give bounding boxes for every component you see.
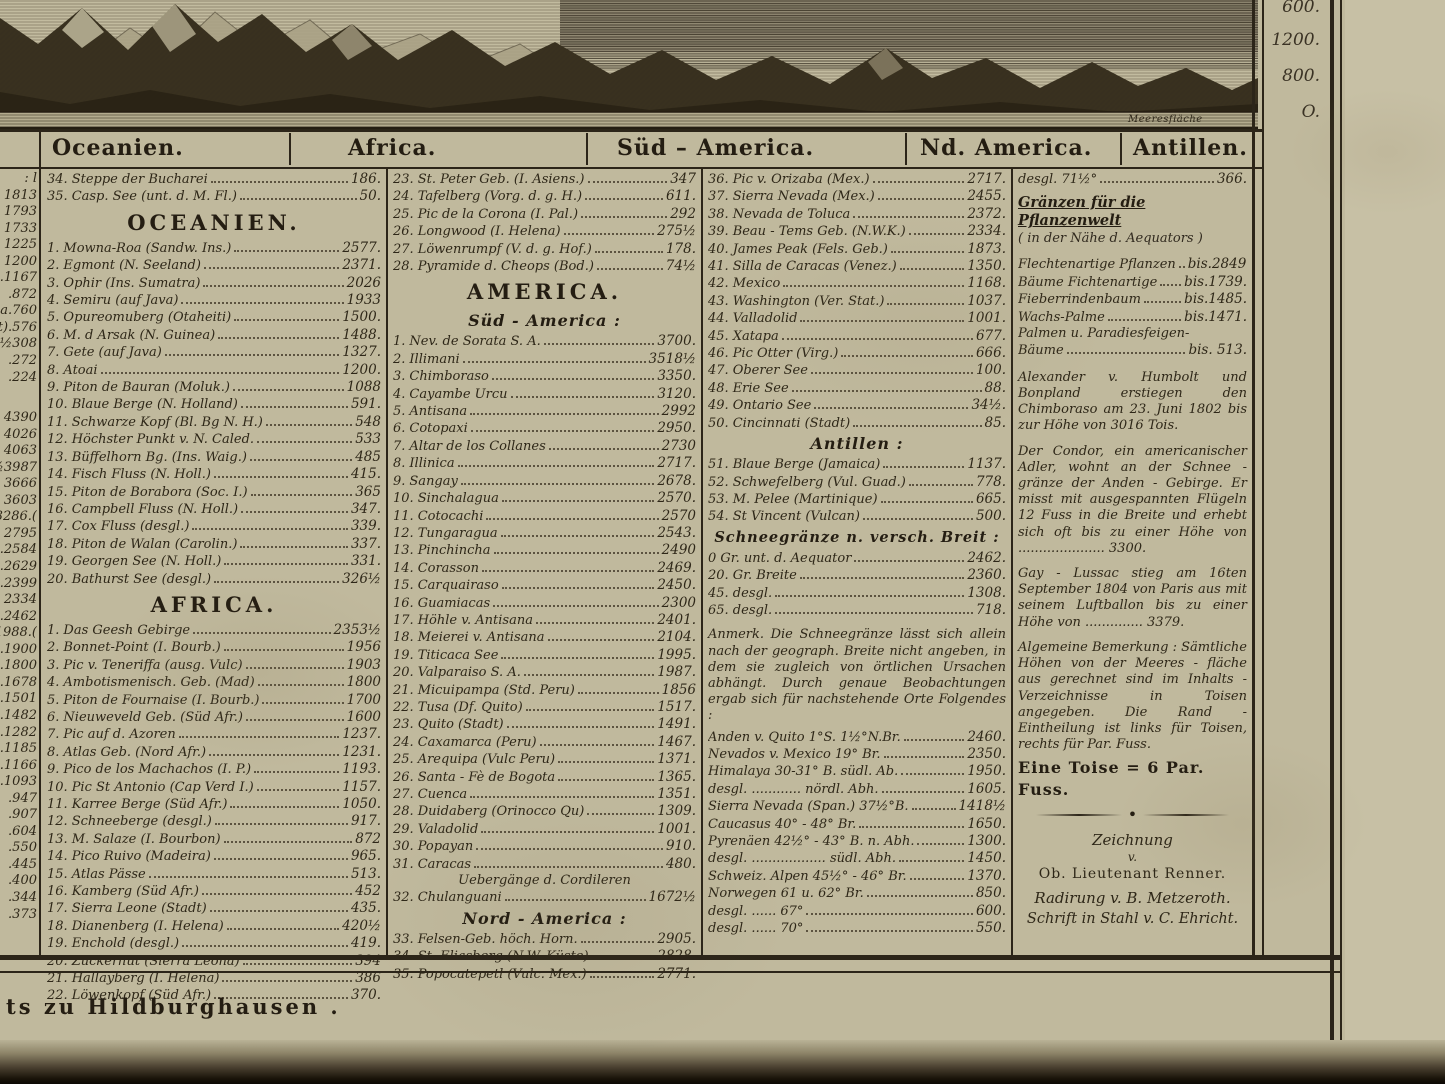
dotted-leader — [783, 285, 964, 287]
row-number: 15. — [47, 867, 68, 883]
row-number: 20. — [47, 572, 68, 588]
row-value: 1600 — [347, 709, 381, 725]
row-label: Pyrenäen 42½° - 43° B. n. Abh. — [708, 834, 914, 850]
row-value: 1137. — [967, 456, 1006, 472]
dotted-leader — [202, 893, 352, 895]
row-label: Meierei v. Antisana — [418, 630, 545, 646]
row-value: 34½. — [971, 397, 1006, 413]
row-value: 2717. — [657, 455, 696, 471]
row-label: Nevados v. Mexico 19° Br. — [708, 747, 881, 763]
row-label: Quito (Stadt) — [418, 717, 504, 733]
dotted-leader — [585, 198, 663, 200]
table-row: 0 Gr. unt. d. Aequator2462. — [708, 550, 1006, 567]
dotted-leader — [492, 378, 655, 380]
row-label: Valadolid — [418, 822, 479, 838]
table-row: Anden v. Quito 1°S. 1½°N.Br.2460. — [708, 729, 1006, 746]
plant-limits-list: Flechtenartige Pflanzenbis.2849.Bäume Fi… — [1018, 256, 1247, 359]
dotted-leader — [564, 233, 655, 235]
orte-list: Anden v. Quito 1°S. 1½°N.Br.2460.Nevados… — [708, 729, 1006, 938]
table-row: 19.Georgen See (N. Holl.)331. — [47, 553, 381, 570]
row-value: 872 — [355, 831, 381, 847]
table-row: 22.Tusa (Df. Quito)1517. — [393, 699, 696, 716]
row-value: 337. — [351, 536, 381, 552]
table-right-rule-outer — [1262, 0, 1264, 957]
row-label: Cotocachi — [418, 509, 484, 525]
schneegraenze-subtitle: Schneegränze n. versch. Breit : — [708, 526, 1006, 550]
row-number: 15. — [47, 485, 68, 501]
row-number: 19. — [47, 936, 68, 952]
row-value: 1237. — [342, 726, 381, 742]
row-value: 1088 — [347, 379, 381, 395]
table-row: 17.Höhle v. Antisana2401. — [393, 612, 696, 629]
dotted-leader — [806, 930, 973, 932]
row-number: 17. — [47, 519, 68, 535]
row-label: M. d Arsak (N. Guinea) — [63, 328, 215, 344]
row-label: Steppe der Bucharei — [72, 172, 208, 188]
row-value: 366. — [1217, 171, 1247, 187]
row-label: desgl. ............ nördl. Abh. — [708, 782, 879, 798]
row-label: Höchster Punkt v. N. Caled. — [72, 432, 254, 448]
row-number: 7. — [47, 345, 59, 361]
cutoff-value: n.1166. — [0, 758, 37, 775]
dotted-leader — [558, 761, 654, 763]
row-value: 452 — [355, 883, 381, 899]
row-value: 917. — [351, 813, 381, 829]
table-row: 9.Sangay2678. — [393, 473, 696, 490]
row-value: 88. — [985, 380, 1006, 396]
header-top-rule — [0, 129, 1262, 132]
row-label: Semiru (auf Java) — [63, 293, 178, 309]
row-label: Dianenberg (I. Helena) — [72, 919, 224, 935]
dotted-leader — [214, 858, 348, 860]
row-value: 1700 — [347, 692, 381, 708]
row-label: Pic v. Teneriffa (ausg. Vulc) — [63, 658, 242, 674]
dotted-leader — [814, 407, 968, 409]
row-number: 27. — [393, 242, 414, 258]
row-number: 48. — [708, 381, 729, 397]
cutoff-value: 2399. — [0, 576, 37, 593]
table-row: 8.Atlas Geb. (Nord Afr.)1231. — [47, 744, 381, 761]
dotted-leader — [841, 355, 973, 357]
table-row: 34.Steppe der Bucharei186. — [47, 171, 381, 188]
table-row: 24.Tafelberg (Vorg. d. g. H.)611. — [393, 188, 696, 205]
dotted-leader — [494, 552, 659, 554]
dotted-leader — [254, 771, 339, 773]
row-number: 44. — [708, 311, 729, 327]
row-label: Sierra Leone (Stadt) — [72, 901, 207, 917]
row-number: 2. — [47, 640, 59, 656]
row-value: 1950. — [967, 763, 1006, 779]
row-number: 13. — [47, 450, 68, 466]
row-value: 1500. — [342, 309, 381, 325]
table-row: 40.James Peak (Fels. Geb.)1873. — [708, 241, 1006, 258]
oceanien-list: 1.Mowna-Roa (Sandw. Ins.)2577.2.Egmont (… — [47, 240, 381, 588]
row-label: 0 Gr. unt. d. Aequator — [708, 551, 851, 567]
row-label: Nevada de Toluca — [733, 207, 851, 223]
row-value: 1605. — [967, 781, 1006, 797]
row-label: Popocatepetl (Vulc. Mex.) — [418, 967, 587, 983]
table-row: Flechtenartige Pflanzenbis.2849. — [1018, 256, 1247, 273]
row-number: 10. — [47, 780, 68, 796]
row-label: Piton de Borabora (Soc. I.) — [72, 485, 248, 501]
row-number: 6. — [47, 328, 59, 344]
row-number: 5. — [47, 310, 59, 326]
dotted-leader — [234, 250, 339, 252]
row-value: 2992 — [662, 403, 696, 419]
row-value: 2950. — [657, 420, 696, 436]
table-row: 25.Arequipa (Vulc Peru)1371. — [393, 751, 696, 768]
row-label: Opureomuberg (Otaheiti) — [63, 310, 231, 326]
row-label: Schwefelberg (Vul. Guad.) — [733, 475, 906, 491]
table-row: desgl. 71½°366. — [1018, 171, 1247, 188]
row-value: 2372. — [967, 206, 1006, 222]
table-row: desgl. ............ nördl. Abh.1605. — [708, 781, 1006, 798]
row-value: 2450. — [657, 577, 696, 593]
header-oceanien: Oceanien. — [52, 135, 184, 161]
row-label: Anden v. Quito 1°S. 1½°N.Br. — [708, 730, 901, 746]
row-value: 1995. — [657, 647, 696, 663]
row-value: 513. — [351, 866, 381, 882]
row-value: 2490 — [662, 542, 696, 558]
table-row: 38.Nevada de Toluca2372. — [708, 206, 1006, 223]
dotted-leader — [470, 796, 654, 798]
row-value: 778. — [976, 474, 1006, 490]
dotted-leader — [792, 390, 982, 392]
dotted-leader — [901, 773, 964, 775]
dotted-leader — [544, 343, 655, 345]
dotted-leader — [211, 181, 348, 183]
row-value: 1903 — [347, 657, 381, 673]
dotted-leader — [241, 511, 348, 513]
table-row: 36.Pic v. Orizaba (Mex.)2717. — [708, 171, 1006, 188]
row-number: 24. — [393, 189, 414, 205]
table-row: 7.Pic auf d. Azoren1237. — [47, 726, 381, 743]
row-label: Xatapa — [733, 329, 779, 345]
row-value: 500. — [976, 508, 1006, 524]
cutoff-value: 308½ — [0, 336, 37, 353]
row-label: Ambotismenisch. Geb. (Mad) — [63, 675, 254, 691]
sued-america-list: 1.Nev. de Sorata S. A.3700.2.Illimani351… — [393, 333, 696, 873]
row-label: 45. desgl. — [708, 586, 772, 602]
row-label: desgl. 71½° — [1018, 172, 1097, 188]
table-row: 3.Pic v. Teneriffa (ausg. Vulc)1903 — [47, 657, 381, 674]
row-value: 533 — [355, 431, 381, 447]
row-value: bis. 513. — [1188, 342, 1247, 358]
row-label: Piton de Fournaise (I. Bourb.) — [63, 693, 259, 709]
row-label: Piton de Bauran (Moluk.) — [63, 380, 230, 396]
dotted-leader — [904, 739, 965, 741]
row-number: 8. — [393, 456, 405, 472]
row-value: 1300. — [967, 833, 1006, 849]
dotted-leader — [505, 899, 646, 901]
row-label: Pyramide d. Cheops (Bod.) — [418, 259, 594, 275]
row-value: 3700. — [657, 333, 696, 349]
row-number: 47. — [708, 363, 729, 379]
row-value: 292 — [670, 206, 696, 222]
row-number: 8. — [47, 745, 59, 761]
cordilleren-line: Uebergänge d. Cordileren — [393, 873, 696, 889]
table-row: 4.Ambotismenisch. Geb. (Mad)1800 — [47, 674, 381, 691]
row-value: 420½ — [342, 918, 381, 934]
desgl-item: desgl. 71½°366. — [1018, 171, 1247, 188]
row-number: 2. — [393, 352, 405, 368]
cutoff-value: 4026 — [0, 427, 37, 444]
table-row: 30.Popayan910. — [393, 838, 696, 855]
dotted-leader — [209, 754, 339, 756]
row-label: Cuenca — [418, 787, 467, 803]
cutoff-value: 1200 — [0, 254, 37, 271]
dotted-leader — [240, 198, 357, 200]
dotted-leader — [192, 528, 348, 530]
dotted-leader — [588, 181, 668, 183]
cutoff-value: 2334 — [0, 592, 37, 609]
table-row: 47.Oberer See100. — [708, 362, 1006, 379]
row-value: 1956 — [347, 639, 381, 655]
row-value: 415. — [351, 466, 381, 482]
divider-ornament: • — [1036, 805, 1229, 824]
dotted-leader — [250, 459, 352, 461]
row-label: 20. Gr. Breite — [708, 568, 797, 584]
row-value: 2469. — [657, 560, 696, 576]
row-label: Beau - Tems Geb. (N.W.K.) — [733, 224, 906, 240]
table-row: 20. Gr. Breite2360. — [708, 567, 1006, 584]
row-value: 965. — [351, 848, 381, 864]
row-value: 1231. — [342, 744, 381, 760]
dotted-leader — [1144, 301, 1181, 303]
row-value: 339. — [351, 518, 381, 534]
dotted-leader — [912, 808, 956, 810]
dotted-leader — [507, 726, 655, 728]
row-label: Sierra Nevada (Mex.) — [733, 189, 875, 205]
table-row: Palmen u. Paradiesfeigen- — [1018, 326, 1247, 342]
signature-zeichnung: Zeichnung — [1018, 830, 1247, 850]
table-row: 37.Sierra Nevada (Mex.)2455. — [708, 188, 1006, 205]
dotted-leader — [471, 430, 655, 432]
table-row: 44.Valladolid1001. — [708, 310, 1006, 327]
row-label: Atlas Geb. (Nord Afr.) — [63, 745, 206, 761]
row-value: 2401. — [657, 612, 696, 628]
row-label: Karree Berge (Süd Afr.) — [72, 797, 228, 813]
table-row: 1.Mowna-Roa (Sandw. Ins.)2577. — [47, 240, 381, 257]
table-row: 4.Cayambe Urcu3120. — [393, 386, 696, 403]
row-label: Gete (auf Java) — [63, 345, 161, 361]
row-value: 1001. — [657, 821, 696, 837]
cutoff-value: 947. — [0, 791, 37, 808]
row-value: 1856 — [662, 682, 696, 698]
plant-limits-subtitle: ( in der Nähe d. Aequators ) — [1018, 230, 1247, 248]
column-sued-america: 23.St. Peter Geb. (I. Asiens.)34724.Tafe… — [393, 171, 696, 983]
row-number: 53. — [708, 492, 729, 508]
right-scale-column: 600. 1200. 800. O. — [1262, 0, 1326, 132]
row-label: Pic Otter (Virg.) — [733, 346, 839, 362]
row-number: 11. — [47, 415, 68, 431]
dotted-leader — [461, 483, 654, 485]
row-value: 2334. — [967, 223, 1006, 239]
table-row: Bäumebis. 513. — [1018, 342, 1247, 359]
row-number: 3. — [47, 658, 59, 674]
page-bottom-edge — [0, 1040, 1445, 1084]
table-row: 45.Xatapa677. — [708, 328, 1006, 345]
dotted-leader — [262, 702, 343, 704]
table-row: 32.Chulanguani1672½ — [393, 889, 696, 906]
row-value: 2460. — [967, 729, 1006, 745]
row-number: 43. — [708, 294, 729, 310]
table-row: 13.Büffelhorn Bg. (Ins. Waig.)485 — [47, 449, 381, 466]
table-row: 39.Beau - Tems Geb. (N.W.K.)2334. — [708, 223, 1006, 240]
row-label: Micuipampa (Std. Peru) — [418, 683, 575, 699]
table-row: 35.Popocatepetl (Vulc. Mex.)2771. — [393, 966, 696, 983]
row-label: Erie See — [733, 381, 789, 397]
row-number: 18. — [47, 919, 68, 935]
row-number: 17. — [393, 613, 414, 629]
dotted-leader — [1100, 181, 1214, 183]
dotted-leader — [867, 895, 973, 897]
schneegraenze-list: 0 Gr. unt. d. Aequator2462.20. Gr. Breit… — [708, 550, 1006, 620]
row-value: 548 — [355, 414, 381, 430]
cutoff-value: 272. — [0, 353, 37, 370]
row-number: 54. — [708, 509, 729, 525]
row-number: 3. — [47, 276, 59, 292]
cutoff-value: 1093. — [0, 774, 37, 791]
table-row: 23.St. Peter Geb. (I. Asiens.)347 — [393, 171, 696, 188]
table-row: 23.Quito (Stadt)1491. — [393, 716, 696, 733]
table-row: 35.Casp. See (unt. d. M. Fl.)50. — [47, 188, 381, 205]
table-row: 15.Atlas Pässe513. — [47, 866, 381, 883]
row-value: 365 — [355, 484, 381, 500]
row-number: 10. — [47, 397, 68, 413]
row-label: Blaue Berge (Jamaica) — [733, 457, 881, 473]
row-value: 50. — [360, 188, 381, 204]
row-value: bis.1485. — [1184, 291, 1247, 307]
row-number: 21. — [47, 971, 68, 987]
row-number: 22. — [393, 700, 414, 716]
row-number: 7. — [47, 727, 59, 743]
row-number: 13. — [393, 543, 414, 559]
plate-right-border-inner — [1330, 0, 1334, 1046]
row-value: 2371. — [342, 257, 381, 273]
table-row: 12.Schneeberge (desgl.)917. — [47, 813, 381, 830]
row-value: 1350. — [967, 258, 1006, 274]
header-separator — [1120, 133, 1122, 165]
row-number: 12. — [47, 432, 68, 448]
column-rule-2 — [386, 169, 388, 957]
cutoff-value: na.760 — [0, 303, 37, 320]
row-value: 2104. — [657, 629, 696, 645]
dotted-leader — [806, 913, 973, 915]
cutoff-value: 1167. — [0, 270, 37, 287]
row-number: 32. — [393, 890, 414, 906]
row-label: Tafelberg (Vorg. d. g. H.) — [418, 189, 582, 205]
dotted-leader — [486, 518, 658, 520]
header-antillen: Antillen. — [1133, 135, 1248, 161]
row-value: 1488. — [342, 327, 381, 343]
row-number: 1. — [47, 623, 59, 639]
dotted-leader — [590, 976, 655, 978]
dotted-leader — [165, 354, 340, 356]
row-number: 1. — [393, 334, 405, 350]
humboldt-paragraph: Alexander v. Humbolt und Bonpland erstie… — [1018, 370, 1247, 435]
row-value: 2543. — [657, 525, 696, 541]
row-number: 51. — [708, 457, 729, 473]
row-label: Das Geesh Gebirge — [63, 623, 190, 639]
dotted-leader — [234, 319, 339, 321]
row-number: 19. — [393, 648, 414, 664]
row-number: 28. — [393, 804, 414, 820]
cutoff-value: 3987½ — [0, 460, 37, 477]
row-label: Höhle v. Antisana — [418, 613, 533, 629]
table-row: 16.Guamiacas2300 — [393, 595, 696, 612]
header-bottom-rule — [0, 167, 1262, 169]
table-row: Himalaya 30-31° B. südl. Ab.1950. — [708, 763, 1006, 780]
row-value: 2455. — [967, 188, 1006, 204]
cutoff-value: 373. — [0, 907, 37, 924]
row-label: Popayan — [418, 839, 474, 855]
row-label: Palmen u. Paradiesfeigen- — [1018, 326, 1189, 342]
row-value: 666. — [976, 345, 1006, 361]
dotted-leader — [470, 413, 659, 415]
africa-continued-list: 23.St. Peter Geb. (I. Asiens.)34724.Tafe… — [393, 171, 696, 275]
row-label: Norwegen 61 u. 62° Br. — [708, 886, 864, 902]
dotted-leader — [800, 577, 965, 579]
table-row: 5.Piton de Fournaise (I. Bourb.)1700 — [47, 692, 381, 709]
cutoff-value: ch).1501 — [0, 691, 37, 708]
row-value: 480. — [666, 856, 696, 872]
row-label: Enchold (desgl.) — [72, 936, 179, 952]
row-label: Büffelhorn Bg. (Ins. Waig.) — [72, 450, 247, 466]
header-sued-america: Süd – America. — [617, 135, 814, 161]
row-value: 2462. — [967, 550, 1006, 566]
row-value: 1308. — [967, 585, 1006, 601]
row-label: Mowna-Roa (Sandw. Ins.) — [63, 241, 231, 257]
row-label: Piton de Walan (Carolin.) — [72, 537, 238, 553]
row-number: 9. — [47, 380, 59, 396]
america-section-title: AMERICA. — [393, 277, 696, 307]
dotted-leader — [458, 465, 655, 467]
dotted-leader — [1067, 352, 1186, 354]
dotted-leader — [476, 848, 663, 850]
table-row: 26.Santa - Fè de Bogota1365. — [393, 769, 696, 786]
row-label: Pinchincha — [418, 543, 491, 559]
table-right-rule-inner — [1252, 0, 1255, 957]
row-label: Ophir (Ins. Sumatra) — [63, 276, 200, 292]
row-label: Hallayberg (I. Helena) — [72, 971, 220, 987]
table-row: 2.Egmont (N. Seeland)2371. — [47, 257, 381, 274]
row-value: 100. — [976, 362, 1006, 378]
row-number: 28. — [393, 259, 414, 275]
row-label: St Vincent (Vulcan) — [733, 509, 860, 525]
row-value: 347. — [351, 501, 381, 517]
row-number: 9. — [47, 762, 59, 778]
row-label: Caucasus 40° - 48° Br. — [708, 817, 856, 833]
row-number: 41. — [708, 259, 729, 275]
row-label: Caxamarca (Peru) — [418, 735, 537, 751]
row-label: Guamiacas — [418, 596, 490, 612]
row-label: M. Salaze (I. Bourbon) — [72, 832, 221, 848]
dotted-leader — [526, 709, 655, 711]
row-value: 1309. — [657, 803, 696, 819]
row-value: 1418½ — [959, 798, 1006, 814]
row-label: Fisch Fluss (N. Holl.) — [72, 467, 211, 483]
row-value: 74½ — [666, 258, 696, 274]
row-number: 20. — [393, 665, 414, 681]
row-label: M. Pelee (Martinique) — [733, 492, 878, 508]
row-label: Löwenrumpf (V. d. g. Hof.) — [418, 242, 592, 258]
header-separator — [586, 133, 588, 165]
row-number: 5. — [47, 693, 59, 709]
imprint-caption: ts zu Hildburghausen . — [6, 994, 341, 1019]
row-number: 19. — [47, 554, 68, 570]
row-number: 14. — [47, 849, 68, 865]
